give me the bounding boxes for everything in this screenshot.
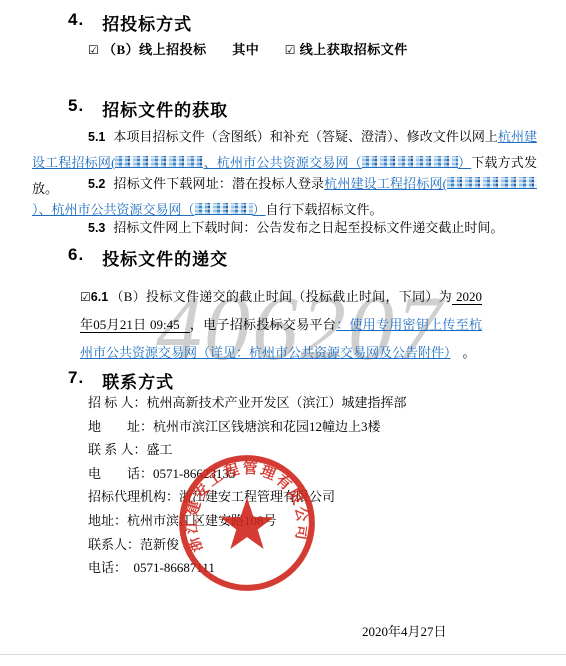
clause-6-1: ☑6.1（B）投标文件递交的截止时间（投标截止时间，下同）为2020年05月21… <box>80 283 482 367</box>
hangzhou-public-resource-site-link[interactable]: 、杭州市公共资源交易网（ <box>203 155 361 170</box>
section7-title: 联系方式 <box>102 368 174 393</box>
clause-5-3-text: 招标文件网上下载时间：公告发布之日起至投标文件递交截止时间。 <box>113 220 503 235</box>
seal-star-icon <box>220 498 274 549</box>
clause-5-1-text: 本项目招标文件（含图纸）和补充（答疑、澄清）、修改文件以网上 <box>113 129 498 144</box>
clause-6-1-period: 。 <box>463 345 476 360</box>
contact-value: 杭州高新技术产业开发区（滨江）城建指挥部 <box>147 395 407 410</box>
clause-6-1-text: （B）投标文件递交的截止时间（投标截止时间，下同）为 <box>110 289 452 304</box>
document-page: 406207 4. 招投标方式 ☑ （B）线上招投标 其中 ☑ 线上获取招标文件… <box>0 0 566 666</box>
section7-number: 7. <box>68 368 84 393</box>
bid-method-line: ☑ （B）线上招投标 其中 ☑ 线上获取招标文件 <box>88 39 408 58</box>
contact-row-tenderer: 招 标 人：杭州高新技术产业开发区（滨江）城建指挥部 <box>88 391 407 415</box>
section4-title: 招投标方式 <box>102 10 192 35</box>
checked-checkbox-icon: ☑ <box>285 43 296 57</box>
section4-number: 4. <box>68 10 84 35</box>
section6-title: 投标文件的递交 <box>102 245 228 270</box>
clause-number: 5.3 <box>88 221 105 235</box>
contact-value: 杭州市滨江区钱塘滨和花园12幢边上3楼 <box>153 419 381 434</box>
announcement-date: 2020年4月27日 <box>362 621 447 640</box>
contact-label: 联系人： <box>88 537 140 552</box>
section5-heading: 5. 招标文件的获取 <box>68 96 228 121</box>
redacted-url-mosaic <box>115 156 203 168</box>
checked-checkbox-icon: ☑ <box>80 290 91 304</box>
contact-label: 招 标 人： <box>88 395 147 410</box>
contact-label: 电 话： <box>88 466 153 481</box>
checked-checkbox-icon: ☑ <box>88 43 99 57</box>
clause-5-2-text: 招标文件下载网址：潜在投标人登录 <box>113 176 324 191</box>
clause-number: 5.2 <box>88 177 105 191</box>
redacted-url-mosaic <box>447 177 537 189</box>
section5-title: 招标文件的获取 <box>102 96 228 121</box>
bid-method-online-docs: 线上获取招标文件 <box>300 42 408 57</box>
redacted-url-mosaic <box>195 203 253 215</box>
page-bottom-rule <box>0 654 566 655</box>
clause-6-1-platform-label: ，电子招标投标交易平台 <box>190 317 336 332</box>
redacted-url-mosaic <box>362 156 458 168</box>
clause-5-3: 5.3招标文件网上下载时间：公告发布之日起至投标文件递交截止时间。 <box>88 215 548 241</box>
clause-number: 6.1 <box>91 290 108 304</box>
section5-number: 5. <box>68 96 84 121</box>
hangzhou-construction-tender-site-link[interactable]: 杭州建设工程招标网( <box>324 176 447 191</box>
bid-method-option-b: （B）线上招投标 <box>103 42 207 57</box>
contact-label: 电话： <box>88 560 121 575</box>
contact-label: 联 系 人： <box>88 442 147 457</box>
official-seal: 浙江建安工程管理有限公司 <box>171 447 323 599</box>
section6-heading: 6. 投标文件的递交 <box>68 245 228 270</box>
link-close-paren[interactable]: ） <box>458 155 471 170</box>
section6-number: 6. <box>68 245 84 270</box>
contact-value: 盛工 <box>147 442 173 457</box>
contact-label: 地址： <box>88 513 127 528</box>
contact-row-address: 地 址：杭州市滨江区钱塘滨和花园12幢边上3楼 <box>88 415 407 439</box>
section7-heading: 7. 联系方式 <box>68 368 174 393</box>
contact-label: 招标代理机构： <box>88 489 179 504</box>
clause-number: 5.1 <box>88 130 105 144</box>
contact-label: 地 址： <box>88 419 153 434</box>
bid-method-among: 其中 <box>232 42 259 57</box>
section4-heading: 4. 招投标方式 <box>68 10 192 35</box>
